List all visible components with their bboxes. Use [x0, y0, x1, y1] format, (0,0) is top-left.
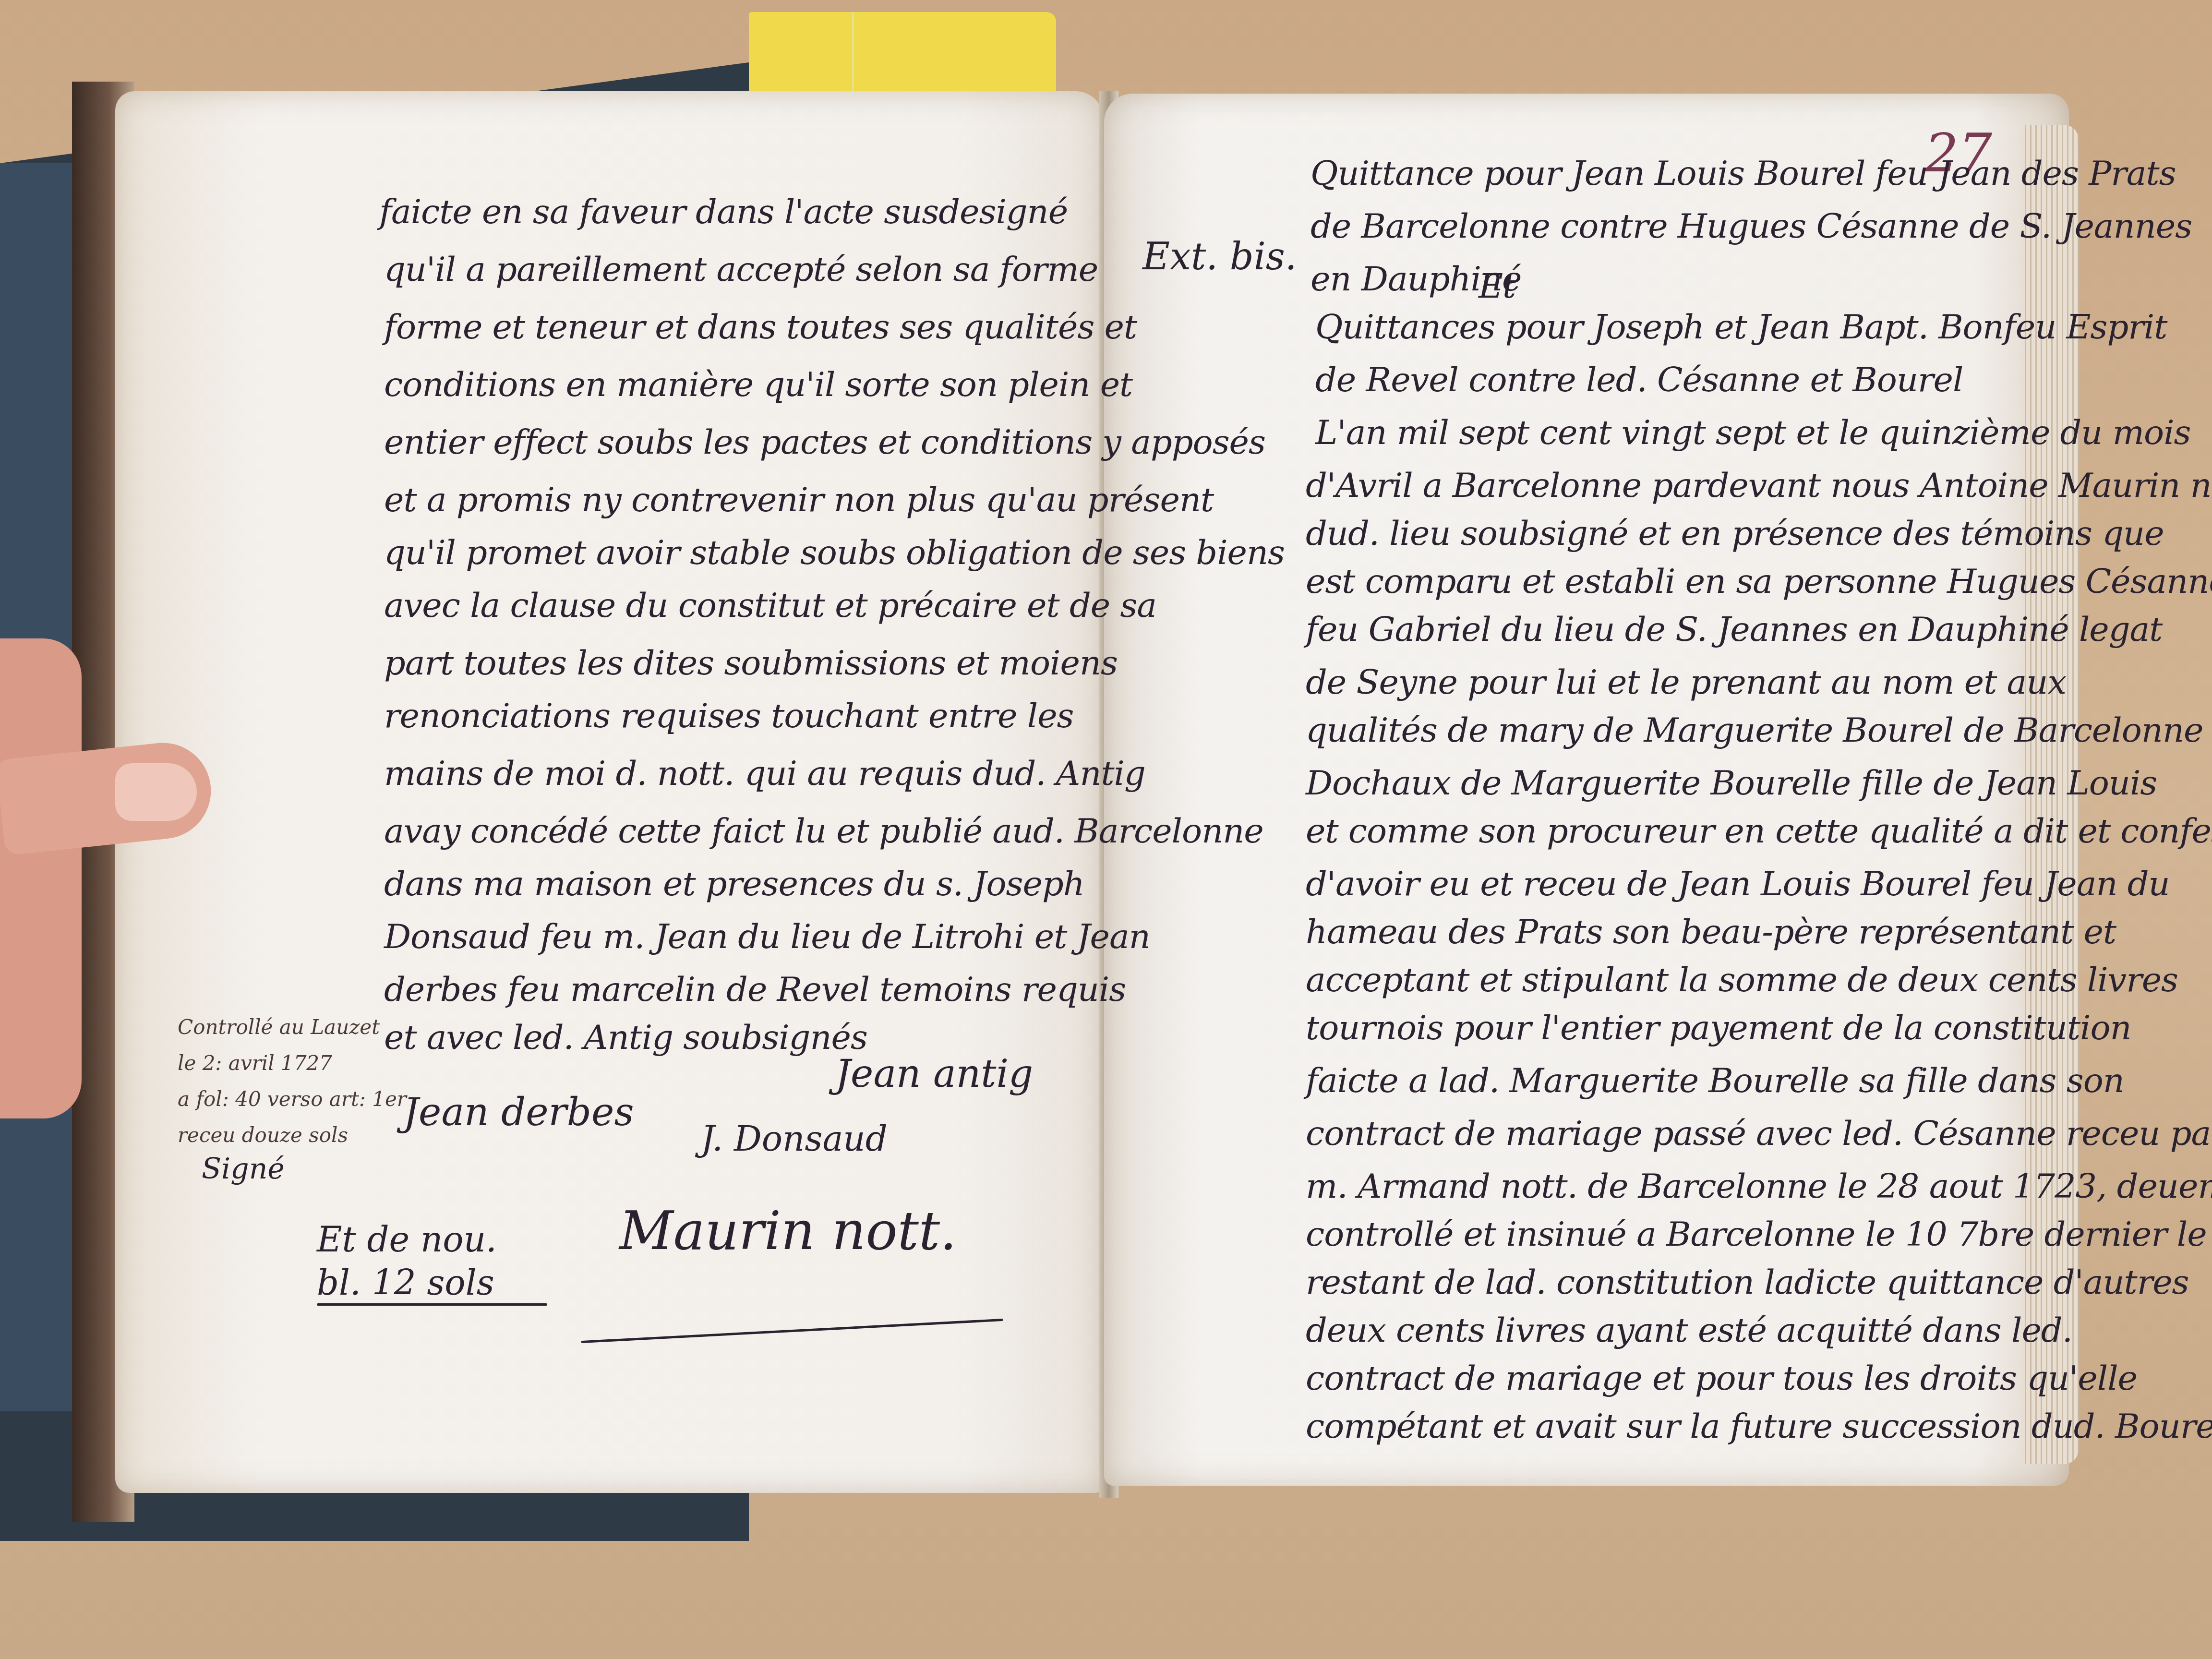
text-line: et avec led. Antig soubsignés: [384, 1018, 867, 1057]
signature-derbes: Jean derbes: [403, 1090, 634, 1134]
text-line: feu Gabriel du lieu de S. Jeannes en Dau…: [1306, 610, 2162, 649]
heading-line: Quittance pour Jean Louis Bourel feu Jea…: [1310, 154, 2176, 193]
text-line: qu'il a pareillement accepté selon sa fo…: [384, 250, 1098, 289]
signature-maurin-notary: Maurin nott.: [619, 1200, 957, 1262]
text-line: est comparu et establi en sa personne Hu…: [1306, 562, 2212, 601]
signature-donsaud: J. Donsaud: [701, 1118, 888, 1159]
text-line: faicte en sa faveur dans l'acte susdesig…: [379, 192, 1068, 231]
text-line: d'avoir eu et receu de Jean Louis Bourel…: [1306, 864, 2170, 903]
thumbnail: [115, 763, 197, 821]
text-line: contract de mariage passé avec led. Césa…: [1306, 1114, 2212, 1153]
margin-label: Ext. bis.: [1142, 235, 1297, 278]
fee-note: Et de nou.: [317, 1219, 497, 1260]
text-line: Quittances pour Joseph et Jean Bapt. Bon…: [1315, 307, 2167, 347]
text-line: hameau des Prats son beau-père représent…: [1306, 912, 2116, 951]
text-line: et comme son procureur en cette qualité …: [1306, 811, 2212, 851]
heading-line: de Barcelonne contre Hugues Césanne de S…: [1310, 206, 2192, 246]
text-line: restant de lad. constitution ladicte qui…: [1306, 1262, 2189, 1302]
text-line: d'Avril a Barcelonne pardevant nous Anto…: [1306, 466, 2212, 505]
text-line: dud. lieu soubsigné et en présence des t…: [1306, 514, 2164, 553]
connector: Et: [1479, 266, 1515, 306]
text-line: qualités de mary de Marguerite Bourel de…: [1306, 710, 2203, 750]
text-line: controllé et insinué a Barcelonne le 10 …: [1306, 1214, 2207, 1254]
text-line: avay concédé cette faict lu et publié au…: [384, 811, 1263, 851]
text-line: et a promis ny contrevenir non plus qu'a…: [384, 480, 1214, 519]
text-line: faicte a lad. Marguerite Bourelle sa fil…: [1306, 1061, 2124, 1100]
text-line: forme et teneur et dans toutes ses quali…: [384, 307, 1137, 347]
text-line: tournois pour l'entier payement de la co…: [1306, 1008, 2131, 1047]
text-line: de Revel contre led. Césanne et Bourel: [1315, 360, 1963, 399]
text-line: Dochaux de Marguerite Bourelle fille de …: [1306, 763, 2157, 803]
text-line: compétant et avait sur la future success…: [1306, 1407, 2212, 1446]
text-line: m. Armand nott. de Barcelonne le 28 aout…: [1306, 1166, 2212, 1206]
text-line: dans ma maison et presences du s. Joseph: [384, 864, 1084, 903]
text-line: conditions en manière qu'il sorte son pl…: [384, 365, 1132, 404]
text-line: L'an mil sept cent vingt sept et le quin…: [1315, 413, 2191, 452]
hand: [0, 638, 82, 1118]
fee-underline: [317, 1303, 547, 1306]
text-line: derbes feu marcelin de Revel temoins req…: [384, 970, 1126, 1009]
text-line: Donsaud feu m. Jean du lieu de Litrohi e…: [384, 917, 1150, 956]
text-line: acceptant et stipulant la somme de deux …: [1306, 960, 2178, 999]
text-line: part toutes les dites soubmissions et mo…: [384, 643, 1118, 683]
text-line: de Seyne pour lui et le prenant au nom e…: [1306, 662, 2066, 702]
text-line: deux cents livres ayant esté acquitté da…: [1306, 1310, 2072, 1350]
signature-antig: Jean antig: [835, 1051, 1033, 1096]
text-line: mains de moi d. nott. qui au requis dud.…: [384, 754, 1145, 793]
text-line: renonciations requises touchant entre le…: [384, 696, 1074, 735]
fee-note: bl. 12 sols: [317, 1262, 494, 1303]
text-line: contract de mariage et pour tous les dro…: [1306, 1358, 2137, 1398]
signature: Signé: [202, 1152, 285, 1186]
text-line: avec la clause du constitut et précaire …: [384, 586, 1156, 625]
text-line: entier effect soubs les pactes et condit…: [384, 422, 1265, 462]
text-line: qu'il promet avoir stable soubs obligati…: [384, 533, 1285, 572]
